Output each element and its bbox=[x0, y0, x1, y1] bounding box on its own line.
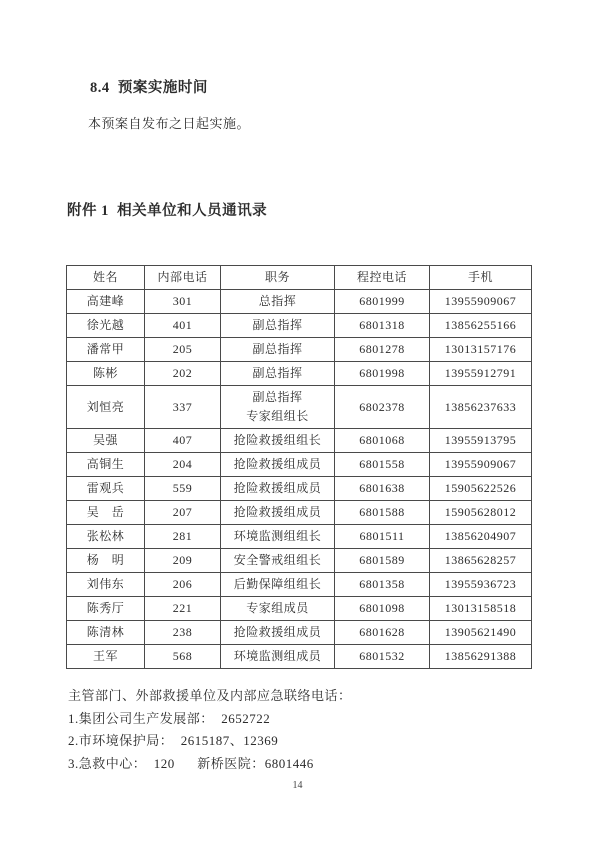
table-cell: 6802378 bbox=[335, 386, 430, 429]
table-cell: 15905628012 bbox=[430, 501, 532, 525]
table-cell: 6801558 bbox=[335, 453, 430, 477]
table-cell: 6801098 bbox=[335, 597, 430, 621]
table-cell: 13955913795 bbox=[430, 429, 532, 453]
table-row: 潘常甲205副总指挥680127813013157176 bbox=[67, 338, 532, 362]
section-body-text: 本预案自发布之日起实施。 bbox=[88, 113, 250, 132]
note-item: 2.市环境保护局： 2615187、12369 bbox=[68, 734, 352, 748]
table-cell: 13856204907 bbox=[430, 525, 532, 549]
table-cell: 13013157176 bbox=[430, 338, 532, 362]
table-cell: 204 bbox=[145, 453, 221, 477]
table-cell: 副总指挥 bbox=[221, 362, 335, 386]
table-cell: 301 bbox=[145, 290, 221, 314]
table-cell: 抢险救援组组长 bbox=[221, 429, 335, 453]
table-cell: 209 bbox=[145, 549, 221, 573]
table-cell: 238 bbox=[145, 621, 221, 645]
table-cell: 206 bbox=[145, 573, 221, 597]
table-cell: 6801278 bbox=[335, 338, 430, 362]
table-header-cell: 职务 bbox=[221, 266, 335, 290]
table-cell: 13865628257 bbox=[430, 549, 532, 573]
table-cell: 207 bbox=[145, 501, 221, 525]
table-cell: 13856255166 bbox=[430, 314, 532, 338]
table-header-cell: 姓名 bbox=[67, 266, 145, 290]
table-row: 张松林281环境监测组组长680151113856204907 bbox=[67, 525, 532, 549]
table-cell: 副总指挥 bbox=[221, 338, 335, 362]
table-cell: 337 bbox=[145, 386, 221, 429]
table-cell: 6801999 bbox=[335, 290, 430, 314]
section-heading: 8.4 预案实施时间 bbox=[90, 76, 208, 97]
table-cell: 6801318 bbox=[335, 314, 430, 338]
table-cell: 副总指挥 专家组组长 bbox=[221, 386, 335, 429]
table-cell: 13955909067 bbox=[430, 453, 532, 477]
table-cell: 6801638 bbox=[335, 477, 430, 501]
note-item: 1.集团公司生产发展部： 2652722 bbox=[68, 712, 352, 726]
table-cell: 559 bbox=[145, 477, 221, 501]
table-row: 陈清林238抢险救援组成员680162813905621490 bbox=[67, 621, 532, 645]
table-cell: 13856291388 bbox=[430, 645, 532, 669]
table-row: 高建峰301总指挥680199913955909067 bbox=[67, 290, 532, 314]
table-cell: 安全警戒组组长 bbox=[221, 549, 335, 573]
table-cell: 6801511 bbox=[335, 525, 430, 549]
table-row: 雷观兵559抢险救援组成员680163815905622526 bbox=[67, 477, 532, 501]
table-cell: 后勤保障组组长 bbox=[221, 573, 335, 597]
table-cell: 环境监测组成员 bbox=[221, 645, 335, 669]
table-cell: 副总指挥 bbox=[221, 314, 335, 338]
table-row: 高铜生204抢险救援组成员680155813955909067 bbox=[67, 453, 532, 477]
table-cell: 6801589 bbox=[335, 549, 430, 573]
table-cell: 407 bbox=[145, 429, 221, 453]
table-row: 徐光越401副总指挥680131813856255166 bbox=[67, 314, 532, 338]
table-row: 陈彬202副总指挥680199813955912791 bbox=[67, 362, 532, 386]
table-cell: 高建峰 bbox=[67, 290, 145, 314]
table-cell: 潘常甲 bbox=[67, 338, 145, 362]
table-row: 吴 岳207抢险救援组成员680158815905628012 bbox=[67, 501, 532, 525]
table-cell: 221 bbox=[145, 597, 221, 621]
table-cell: 张松林 bbox=[67, 525, 145, 549]
table-row: 杨 明209安全警戒组组长680158913865628257 bbox=[67, 549, 532, 573]
table-cell: 吴强 bbox=[67, 429, 145, 453]
table-header-cell: 内部电话 bbox=[145, 266, 221, 290]
table-row: 陈秀厅221专家组成员680109813013158518 bbox=[67, 597, 532, 621]
table-cell: 环境监测组组长 bbox=[221, 525, 335, 549]
table-cell: 6801588 bbox=[335, 501, 430, 525]
table-cell: 总指挥 bbox=[221, 290, 335, 314]
notes-intro: 主管部门、外部救援单位及内部应急联络电话： bbox=[68, 689, 352, 703]
table-row: 刘恒亮337副总指挥 专家组组长680237813856237633 bbox=[67, 386, 532, 429]
page-number: 14 bbox=[0, 780, 595, 791]
table-cell: 杨 明 bbox=[67, 549, 145, 573]
document-page: 8.4 预案实施时间 本预案自发布之日起实施。 附件 1 相关单位和人员通讯录 … bbox=[0, 0, 595, 842]
table-row: 王军568环境监测组成员680153213856291388 bbox=[67, 645, 532, 669]
table-cell: 抢险救援组成员 bbox=[221, 453, 335, 477]
attachment-heading: 附件 1 相关单位和人员通讯录 bbox=[67, 199, 267, 220]
table-cell: 6801628 bbox=[335, 621, 430, 645]
table-cell: 13955936723 bbox=[430, 573, 532, 597]
table-cell: 281 bbox=[145, 525, 221, 549]
table-cell: 陈秀厅 bbox=[67, 597, 145, 621]
table-cell: 抢险救援组成员 bbox=[221, 501, 335, 525]
table-header-row: 姓名内部电话职务程控电话手机 bbox=[67, 266, 532, 290]
table-cell: 6801068 bbox=[335, 429, 430, 453]
table-cell: 专家组成员 bbox=[221, 597, 335, 621]
table-cell: 抢险救援组成员 bbox=[221, 477, 335, 501]
table-cell: 6801358 bbox=[335, 573, 430, 597]
table-cell: 徐光越 bbox=[67, 314, 145, 338]
table-row: 刘伟东206后勤保障组组长680135813955936723 bbox=[67, 573, 532, 597]
table-cell: 13955909067 bbox=[430, 290, 532, 314]
table-cell: 雷观兵 bbox=[67, 477, 145, 501]
table-cell: 13955912791 bbox=[430, 362, 532, 386]
table-cell: 刘伟东 bbox=[67, 573, 145, 597]
table-cell: 13856237633 bbox=[430, 386, 532, 429]
table-cell: 陈彬 bbox=[67, 362, 145, 386]
table-row: 吴强407抢险救援组组长680106813955913795 bbox=[67, 429, 532, 453]
table-cell: 401 bbox=[145, 314, 221, 338]
contact-table: 姓名内部电话职务程控电话手机 高建峰301总指挥6801999139559090… bbox=[66, 265, 532, 669]
table-cell: 陈清林 bbox=[67, 621, 145, 645]
table-cell: 6801998 bbox=[335, 362, 430, 386]
table-cell: 高铜生 bbox=[67, 453, 145, 477]
note-item: 3.急救中心： 120 新桥医院：6801446 bbox=[68, 757, 352, 771]
table-header-cell: 程控电话 bbox=[335, 266, 430, 290]
table-cell: 202 bbox=[145, 362, 221, 386]
table-cell: 6801532 bbox=[335, 645, 430, 669]
table-cell: 抢险救援组成员 bbox=[221, 621, 335, 645]
table-cell: 13905621490 bbox=[430, 621, 532, 645]
table-cell: 13013158518 bbox=[430, 597, 532, 621]
table-cell: 205 bbox=[145, 338, 221, 362]
contact-table-body: 高建峰301总指挥680199913955909067徐光越401副总指挥680… bbox=[67, 290, 532, 669]
table-cell: 15905622526 bbox=[430, 477, 532, 501]
notes-section: 主管部门、外部救援单位及内部应急联络电话： 1.集团公司生产发展部： 26527… bbox=[68, 689, 352, 779]
table-cell: 王军 bbox=[67, 645, 145, 669]
table-cell: 刘恒亮 bbox=[67, 386, 145, 429]
notes-list: 1.集团公司生产发展部： 26527222.市环境保护局： 2615187、12… bbox=[68, 712, 352, 771]
table-header-cell: 手机 bbox=[430, 266, 532, 290]
table-cell: 568 bbox=[145, 645, 221, 669]
table-cell: 吴 岳 bbox=[67, 501, 145, 525]
